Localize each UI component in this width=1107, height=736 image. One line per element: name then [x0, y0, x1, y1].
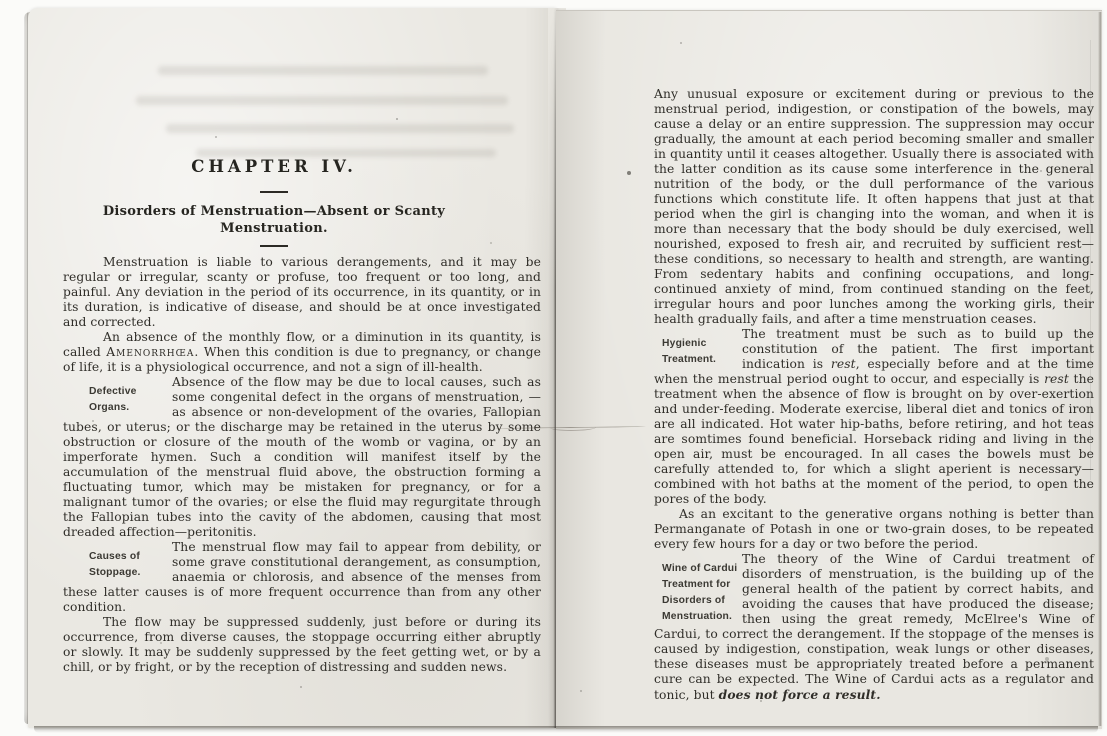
paragraph: HygienicTreatment.The treatment must be … — [654, 327, 1094, 507]
text-segment: Any unusual exposure or excitement durin… — [654, 87, 1094, 326]
margin-label: Causes ofStoppage. — [63, 540, 172, 584]
text-segment: the treatment when the absence of flow i… — [654, 372, 1094, 506]
text-segment: rest — [1044, 372, 1069, 386]
right-page-edge — [1098, 12, 1102, 726]
text-segment: As an excitant to the generative organs … — [654, 507, 1094, 551]
text-segment: The flow may be suppressed suddenly, jus… — [63, 615, 541, 674]
heading-rule — [260, 191, 288, 193]
margin-label: Wine of CarduiTreatment forDisorders ofM… — [654, 552, 742, 626]
right-page-content: Any unusual exposure or excitement durin… — [654, 11, 1094, 703]
scan-background: { "colors": { "paper": "#e9e6e0", "ink":… — [0, 0, 1107, 736]
page-fold-line — [1090, 40, 1091, 480]
text-segment: Amenorrhœa — [106, 345, 194, 359]
text-segment: rest — [831, 357, 856, 371]
paragraph: The flow may be suppressed suddenly, jus… — [63, 615, 541, 675]
book-bottom-shadow — [34, 726, 1098, 733]
margin-label: HygienicTreatment. — [654, 327, 742, 371]
chapter-heading: CHAPTER IV. — [63, 156, 485, 178]
margin-label: DefectiveOrgans. — [63, 375, 172, 419]
section-heading: Disorders of Menstruation—Absent or Scan… — [63, 203, 485, 237]
paper-specks — [0, 0, 2, 2]
paragraph: Menstruation is liable to various derang… — [63, 255, 541, 330]
left-page-text: Menstruation is liable to various derang… — [63, 255, 541, 675]
chapter-heading-block: CHAPTER IV. Disorders of Menstruation—Ab… — [63, 156, 541, 247]
paragraph: Causes ofStoppage.The menstrual flow may… — [63, 540, 541, 615]
paragraph: An absence of the monthly flow, or a dim… — [63, 330, 541, 375]
paragraph: DefectiveOrgans.Absence of the flow may … — [63, 375, 541, 540]
right-page: Any unusual exposure or excitement durin… — [556, 10, 1102, 729]
text-segment: Menstruation is liable to various derang… — [63, 255, 541, 329]
text-segment: does not force a result. — [719, 687, 881, 702]
book-spread: CHAPTER IV. Disorders of Menstruation—Ab… — [0, 0, 1107, 736]
right-page-text: Any unusual exposure or excitement durin… — [654, 87, 1094, 703]
left-page: CHAPTER IV. Disorders of Menstruation—Ab… — [28, 8, 556, 728]
heading-rule — [260, 245, 288, 247]
left-page-content: CHAPTER IV. Disorders of Menstruation—Ab… — [63, 8, 541, 675]
paragraph: As an excitant to the generative organs … — [654, 507, 1094, 552]
paragraph: Any unusual exposure or excitement durin… — [654, 87, 1094, 327]
paragraph: Wine of CarduiTreatment forDisorders ofM… — [654, 552, 1094, 703]
